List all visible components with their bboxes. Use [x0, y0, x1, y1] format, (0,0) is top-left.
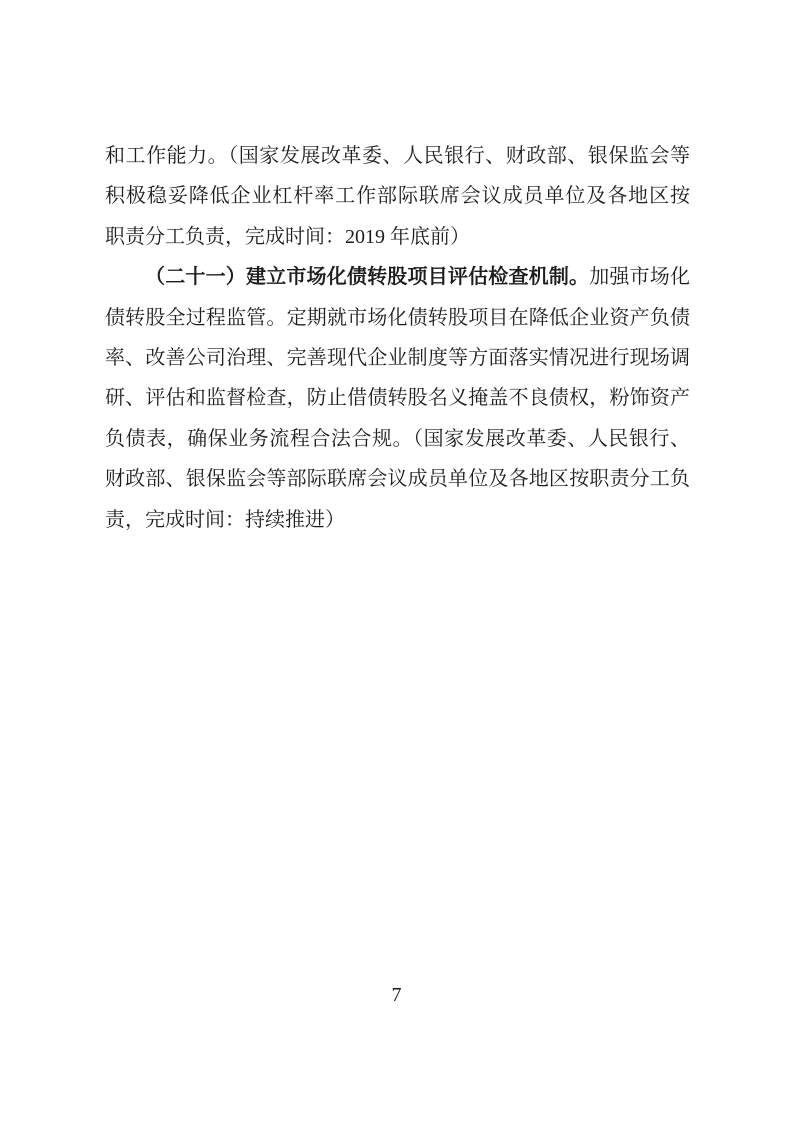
text-line: 责，完成时间：持续推进）: [105, 500, 690, 540]
text-line: 职责分工负责，完成时间：2019 年底前）: [105, 217, 690, 257]
paragraph-item-21: （二十一）建立市场化债转股项目评估检查机制。加强市场化 债转股全过程监管。定期就…: [105, 257, 690, 540]
text-line: 研、评估和监督检查，防止借债转股名义掩盖不良债权，粉饰资产: [105, 378, 690, 418]
text-line: 债转股全过程监管。定期就市场化债转股项目在降低企业资产负债: [105, 298, 690, 338]
paragraph-continuation: 和工作能力。（国家发展改革委、人民银行、财政部、银保监会等 积极稳妥降低企业杠杆…: [105, 136, 690, 257]
text-line: 和工作能力。（国家发展改革委、人民银行、财政部、银保监会等: [105, 136, 690, 176]
text-line: （二十一）建立市场化债转股项目评估检查机制。加强市场化: [105, 257, 690, 297]
text-line: 率、改善公司治理、完善现代企业制度等方面落实情况进行现场调: [105, 338, 690, 378]
text-line: 财政部、银保监会等部际联席会议成员单位及各地区按职责分工负: [105, 459, 690, 499]
document-body: 和工作能力。（国家发展改革委、人民银行、财政部、银保监会等 积极稳妥降低企业杠杆…: [105, 136, 690, 540]
text-line: 积极稳妥降低企业杠杆率工作部际联席会议成员单位及各地区按: [105, 176, 690, 216]
item-21-heading: （二十一）建立市场化债转股项目评估检查机制。: [145, 266, 589, 288]
document-page: 和工作能力。（国家发展改革委、人民银行、财政部、银保监会等 积极稳妥降低企业杠杆…: [0, 0, 793, 1121]
item-21-lead-text: 加强市场化: [589, 266, 690, 288]
page-number: 7: [0, 984, 793, 1007]
text-line: 负债表，确保业务流程合法合规。（国家发展改革委、人民银行、: [105, 419, 690, 459]
